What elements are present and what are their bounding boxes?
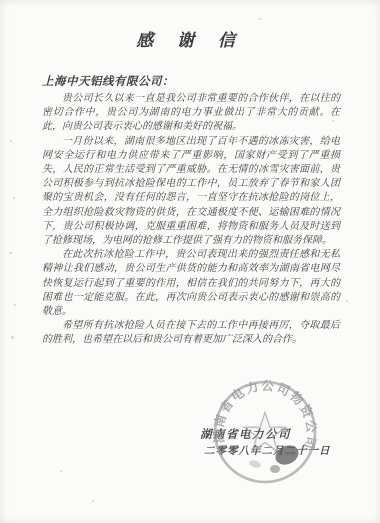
scan-noise — [14, 304, 16, 306]
letter-salutation: 上海中天铝线有限公司： — [42, 73, 174, 89]
letter-body: 贵公司长久以来一直是我公司非常重要的合作伙伴，在以往的密切合作中，贵公司为湖南的… — [42, 92, 340, 348]
official-seal-stamp: 湖南省电力公司物资公司 — [209, 376, 321, 488]
seal-ink-smudge — [248, 459, 261, 469]
scan-noise — [9, 252, 12, 254]
letter-paragraph: 一月份以来，湖南很多地区出现了百年不遇的冰冻灾害，给电网安全运行和电力供应带来了… — [42, 135, 340, 249]
letter-paragraph: 贵公司长久以来一直是我公司非常重要的合作伙伴，在以往的密切合作中，贵公司为湖南的… — [42, 92, 340, 135]
scan-noise — [332, 120, 334, 122]
seal-ink-smudge — [272, 442, 301, 468]
letter-paragraph: 在此次抗冰抢险工作中，贵公司表现出来的强烈责任感和无私精神让我们感动，贵公司生产… — [42, 248, 340, 319]
scan-noise — [92, 500, 94, 502]
scan-noise — [13, 197, 15, 199]
letter-paragraph: 希望所有抗冰抢险人员在接下去的工作中再接再厉，夺取最后的胜利，也希望在以后和贵公… — [42, 319, 340, 347]
letter-title: 感 谢 信 — [0, 26, 380, 51]
scan-noise — [11, 336, 14, 339]
scan-noise — [258, 18, 262, 20]
scan-noise — [60, 470, 62, 472]
scan-noise — [346, 300, 348, 302]
seal-star-icon — [244, 413, 286, 452]
seal-ink-smudge — [270, 465, 280, 473]
scanned-letter-page: 感 谢 信 上海中天铝线有限公司： 贵公司长久以来一直是我公司非常重要的合作伙伴… — [0, 0, 380, 523]
scan-noise — [10, 140, 12, 142]
